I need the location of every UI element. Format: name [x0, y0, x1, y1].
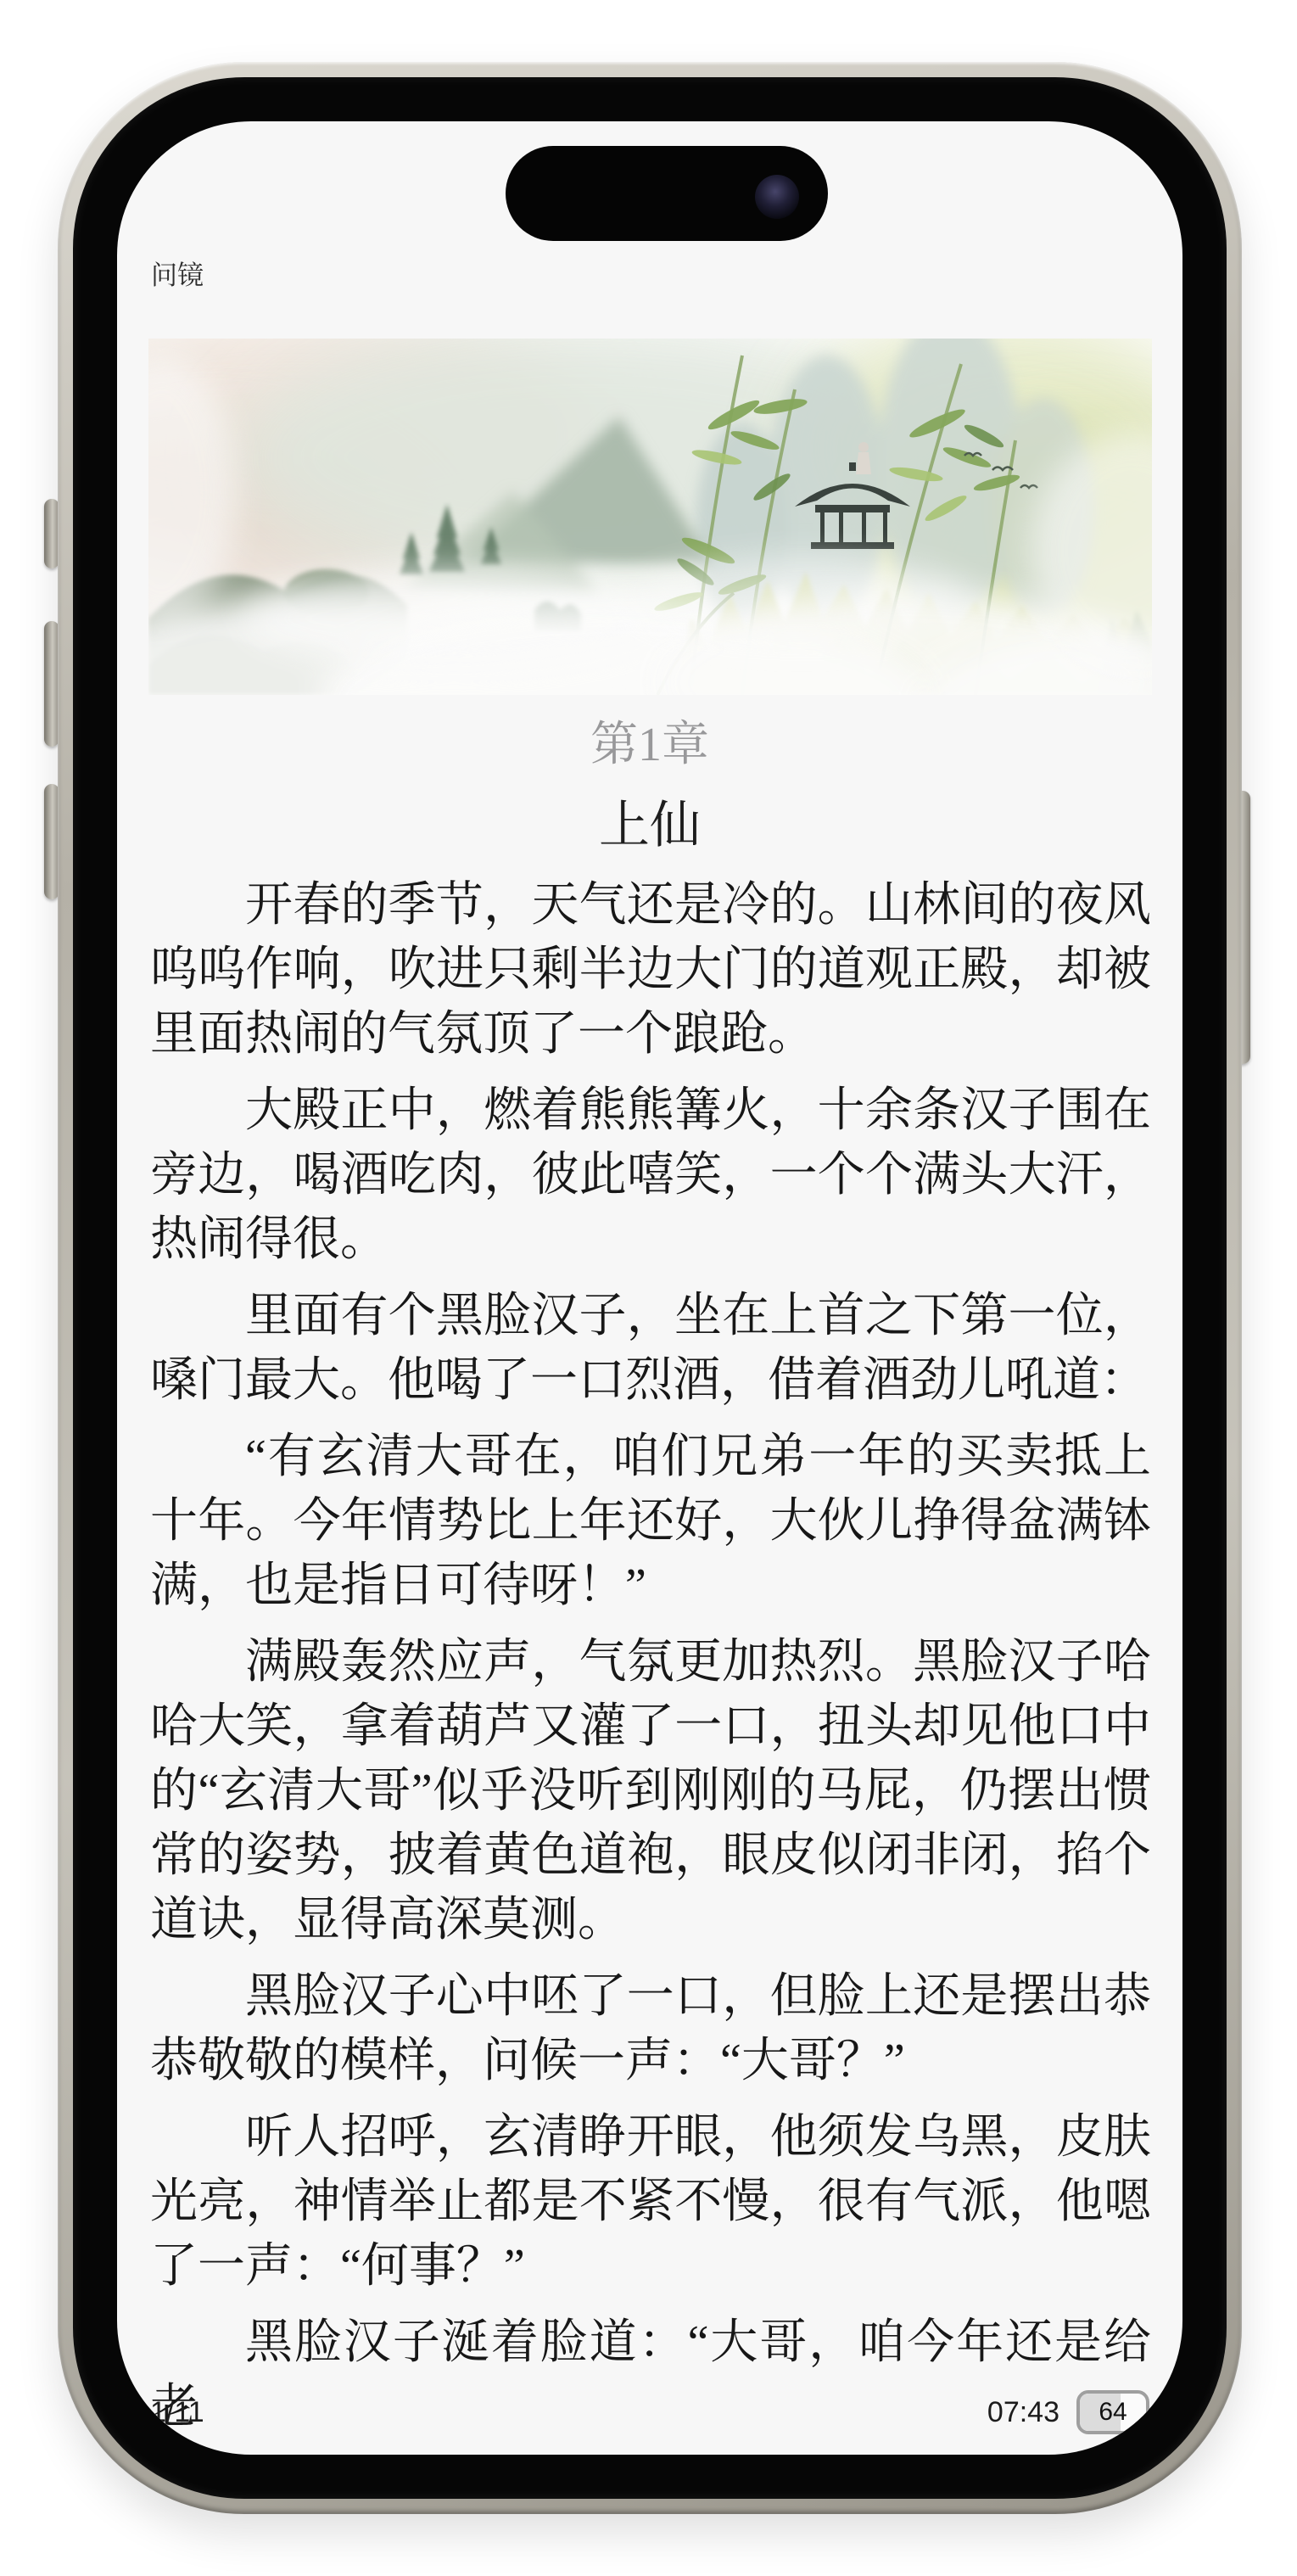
phone-frame: 问镜 [58, 62, 1242, 2514]
paragraph: 黑脸汉子心中呸了一口，但脸上还是摆出恭恭敬敬的模样，问候一声：“大哥？” [150, 1964, 1151, 2093]
clock-time: 07:43 [987, 2396, 1059, 2429]
chapter-title: 上仙 [117, 792, 1182, 860]
reader-status-bar: 1/11 07:43 64 [150, 2392, 1149, 2433]
header-illustration [148, 339, 1152, 695]
paragraph: “有玄清大哥在，咱们兄弟一年的买卖抵上十年。今年情势比上年还好，大伙儿挣得盆满钵… [150, 1425, 1151, 1618]
book-title: 问镜 [151, 260, 1182, 291]
battery-icon: 64 [1076, 2390, 1149, 2434]
dynamic-island [506, 146, 828, 241]
paragraph: 满殿轰然应声，气氛更加热烈。黑脸汉子哈哈大笑，拿着葫芦又灌了一口，扭头却见他口中… [150, 1630, 1151, 1952]
page-indicator: 1/11 [150, 2396, 204, 2429]
chapter-number-label: 第1章 [117, 715, 1182, 775]
chapter-body: 开春的季节，天气还是冷的。山林间的夜风呜呜作响，吹进只剩半边大门的道观正殿，却被… [117, 873, 1182, 2439]
battery-level: 64 [1099, 2398, 1126, 2427]
front-camera-icon [755, 175, 799, 219]
phone-bezel: 问镜 [73, 77, 1227, 2499]
paragraph: 开春的季节，天气还是冷的。山林间的夜风呜呜作响，吹进只剩半边大门的道观正殿，却被… [150, 873, 1151, 1067]
reader-page[interactable]: 问镜 [117, 121, 1182, 2455]
paragraph: 里面有个黑脸汉子，坐在上首之下第一位，嗓门最大。他喝了一口烈酒，借着酒劲儿吼道： [150, 1284, 1151, 1413]
paragraph: 大殿正中，燃着熊熊篝火，十余条汉子围在旁边，喝酒吃肉，彼此嘻笑，一个个满头大汗，… [150, 1078, 1151, 1272]
paragraph: 听人招呼，玄清睁开眼，他须发乌黑，皮肤光亮，神情举止都是不紧不慢，很有气派，他嗯… [150, 2105, 1151, 2299]
